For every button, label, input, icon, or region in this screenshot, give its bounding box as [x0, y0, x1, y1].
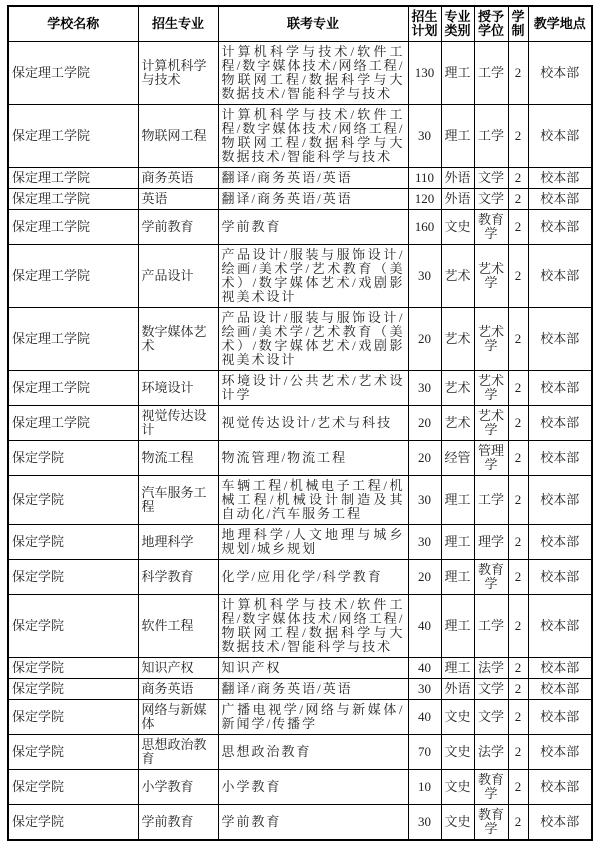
header-row: 学校名称招生专业联考专业招生计划专业类别授予学位学制教学地点 [8, 6, 592, 42]
cell-plan: 30 [408, 525, 441, 560]
document-page: 学校名称招生专业联考专业招生计划专业类别授予学位学制教学地点 保定理工学院计算机… [0, 0, 593, 846]
cell-location: 校本部 [528, 406, 592, 441]
cell-school: 保定理工学院 [8, 168, 138, 189]
cell-category: 理工 [441, 560, 474, 595]
table-row: 保定理工学院学前教育学前教育160文史教育学2校本部 [8, 210, 592, 245]
col-header-school: 学校名称 [8, 6, 138, 42]
cell-duration: 2 [508, 735, 528, 770]
cell-plan: 20 [408, 406, 441, 441]
cell-degree: 艺术学 [474, 308, 508, 371]
cell-location: 校本部 [528, 189, 592, 210]
table-body: 保定理工学院计算机科学与技术计算机科学与技术/软件工程/数字媒体技术/网络工程/… [8, 42, 592, 841]
cell-plan: 30 [408, 805, 441, 841]
cell-category: 艺术 [441, 371, 474, 406]
cell-plan: 130 [408, 42, 441, 105]
cell-duration: 2 [508, 679, 528, 700]
cell-category: 经管 [441, 441, 474, 476]
cell-degree: 文学 [474, 700, 508, 735]
cell-school: 保定学院 [8, 595, 138, 658]
cell-degree: 文学 [474, 168, 508, 189]
table-row: 保定理工学院商务英语翻译/商务英语/英语110外语文学2校本部 [8, 168, 592, 189]
cell-category: 文史 [441, 735, 474, 770]
cell-school: 保定学院 [8, 476, 138, 525]
cell-exam_majors: 翻译/商务英语/英语 [218, 679, 408, 700]
cell-major: 科学教育 [138, 560, 218, 595]
cell-major: 学前教育 [138, 210, 218, 245]
cell-exam_majors: 计算机科学与技术/软件工程/数字媒体技术/网络工程/物联网工程/数据科学与大数据… [218, 42, 408, 105]
cell-school: 保定学院 [8, 700, 138, 735]
cell-school: 保定学院 [8, 679, 138, 700]
cell-duration: 2 [508, 168, 528, 189]
cell-exam_majors: 产品设计/服装与服饰设计/绘画/美术学/艺术教育（美术）/数字媒体艺术/戏剧影视… [218, 245, 408, 308]
cell-major: 小学教育 [138, 770, 218, 805]
cell-major: 计算机科学与技术 [138, 42, 218, 105]
cell-plan: 30 [408, 679, 441, 700]
cell-plan: 20 [408, 560, 441, 595]
cell-degree: 艺术学 [474, 245, 508, 308]
cell-category: 理工 [441, 595, 474, 658]
table-row: 保定学院知识产权知识产权40理工法学2校本部 [8, 658, 592, 679]
col-header-category: 专业类别 [441, 6, 474, 42]
cell-degree: 教育学 [474, 805, 508, 841]
cell-school: 保定学院 [8, 735, 138, 770]
admissions-table: 学校名称招生专业联考专业招生计划专业类别授予学位学制教学地点 保定理工学院计算机… [7, 5, 593, 841]
cell-category: 理工 [441, 105, 474, 168]
cell-major: 环境设计 [138, 371, 218, 406]
cell-major: 网络与新媒体 [138, 700, 218, 735]
cell-location: 校本部 [528, 560, 592, 595]
table-row: 保定学院学前教育学前教育30文史教育学2校本部 [8, 805, 592, 841]
cell-duration: 2 [508, 595, 528, 658]
col-header-exam_majors: 联考专业 [218, 6, 408, 42]
cell-school: 保定理工学院 [8, 42, 138, 105]
cell-major: 地理科学 [138, 525, 218, 560]
cell-degree: 教育学 [474, 560, 508, 595]
cell-school: 保定学院 [8, 560, 138, 595]
cell-location: 校本部 [528, 805, 592, 841]
cell-duration: 2 [508, 105, 528, 168]
cell-location: 校本部 [528, 476, 592, 525]
cell-plan: 30 [408, 371, 441, 406]
cell-degree: 理学 [474, 525, 508, 560]
cell-major: 物联网工程 [138, 105, 218, 168]
cell-category: 文史 [441, 700, 474, 735]
cell-plan: 30 [408, 245, 441, 308]
cell-duration: 2 [508, 525, 528, 560]
cell-degree: 教育学 [474, 210, 508, 245]
cell-exam_majors: 翻译/商务英语/英语 [218, 168, 408, 189]
cell-plan: 40 [408, 700, 441, 735]
cell-major: 视觉传达设计 [138, 406, 218, 441]
table-row: 保定学院汽车服务工程车辆工程/机械电子工程/机械工程/机械设计制造及其自动化/汽… [8, 476, 592, 525]
cell-major: 思想政治教育 [138, 735, 218, 770]
cell-plan: 160 [408, 210, 441, 245]
cell-exam_majors: 学前教育 [218, 805, 408, 841]
cell-school: 保定学院 [8, 441, 138, 476]
cell-major: 商务英语 [138, 679, 218, 700]
cell-degree: 法学 [474, 735, 508, 770]
cell-degree: 管理学 [474, 441, 508, 476]
cell-plan: 110 [408, 168, 441, 189]
cell-category: 外语 [441, 168, 474, 189]
cell-duration: 2 [508, 658, 528, 679]
cell-school: 保定学院 [8, 770, 138, 805]
table-row: 保定理工学院物联网工程计算机科学与技术/软件工程/数字媒体技术/网络工程/物联网… [8, 105, 592, 168]
cell-school: 保定理工学院 [8, 189, 138, 210]
cell-major: 知识产权 [138, 658, 218, 679]
cell-school: 保定理工学院 [8, 210, 138, 245]
cell-location: 校本部 [528, 245, 592, 308]
table-row: 保定理工学院产品设计产品设计/服装与服饰设计/绘画/美术学/艺术教育（美术）/数… [8, 245, 592, 308]
cell-duration: 2 [508, 770, 528, 805]
cell-plan: 20 [408, 308, 441, 371]
cell-major: 学前教育 [138, 805, 218, 841]
cell-exam_majors: 翻译/商务英语/英语 [218, 189, 408, 210]
table-row: 保定学院商务英语翻译/商务英语/英语30外语文学2校本部 [8, 679, 592, 700]
cell-category: 文史 [441, 210, 474, 245]
cell-school: 保定理工学院 [8, 105, 138, 168]
cell-major: 物流工程 [138, 441, 218, 476]
cell-plan: 120 [408, 189, 441, 210]
cell-category: 艺术 [441, 245, 474, 308]
cell-school: 保定理工学院 [8, 406, 138, 441]
cell-major: 产品设计 [138, 245, 218, 308]
cell-category: 艺术 [441, 406, 474, 441]
cell-duration: 2 [508, 476, 528, 525]
table-row: 保定理工学院视觉传达设计视觉传达设计/艺术与科技20艺术艺术学2校本部 [8, 406, 592, 441]
col-header-location: 教学地点 [528, 6, 592, 42]
cell-location: 校本部 [528, 700, 592, 735]
cell-exam_majors: 广播电视学/网络与新媒体/新闻学/传播学 [218, 700, 408, 735]
cell-school: 保定理工学院 [8, 371, 138, 406]
cell-duration: 2 [508, 210, 528, 245]
cell-duration: 2 [508, 189, 528, 210]
cell-exam_majors: 车辆工程/机械电子工程/机械工程/机械设计制造及其自动化/汽车服务工程 [218, 476, 408, 525]
cell-category: 文史 [441, 805, 474, 841]
col-header-degree: 授予学位 [474, 6, 508, 42]
cell-school: 保定理工学院 [8, 308, 138, 371]
table-row: 保定学院地理科学地理科学/人文地理与城乡规划/城乡规划30理工理学2校本部 [8, 525, 592, 560]
cell-duration: 2 [508, 700, 528, 735]
cell-plan: 30 [408, 476, 441, 525]
cell-exam_majors: 地理科学/人文地理与城乡规划/城乡规划 [218, 525, 408, 560]
cell-category: 文史 [441, 770, 474, 805]
cell-category: 艺术 [441, 308, 474, 371]
cell-location: 校本部 [528, 210, 592, 245]
table-row: 保定理工学院环境设计环境设计/公共艺术/艺术设计学30艺术艺术学2校本部 [8, 371, 592, 406]
cell-major: 商务英语 [138, 168, 218, 189]
cell-major: 软件工程 [138, 595, 218, 658]
cell-location: 校本部 [528, 308, 592, 371]
cell-degree: 艺术学 [474, 371, 508, 406]
cell-degree: 工学 [474, 105, 508, 168]
cell-school: 保定理工学院 [8, 245, 138, 308]
cell-duration: 2 [508, 308, 528, 371]
cell-location: 校本部 [528, 735, 592, 770]
cell-plan: 40 [408, 658, 441, 679]
cell-exam_majors: 思想政治教育 [218, 735, 408, 770]
cell-category: 理工 [441, 525, 474, 560]
cell-major: 数字媒体艺术 [138, 308, 218, 371]
cell-plan: 70 [408, 735, 441, 770]
cell-category: 理工 [441, 476, 474, 525]
cell-category: 外语 [441, 189, 474, 210]
col-header-plan: 招生计划 [408, 6, 441, 42]
cell-exam_majors: 环境设计/公共艺术/艺术设计学 [218, 371, 408, 406]
cell-major: 英语 [138, 189, 218, 210]
cell-school: 保定学院 [8, 525, 138, 560]
cell-duration: 2 [508, 441, 528, 476]
table-row: 保定学院软件工程计算机科学与技术/软件工程/数字媒体技术/网络工程/物联网工程/… [8, 595, 592, 658]
col-header-duration: 学制 [508, 6, 528, 42]
cell-degree: 文学 [474, 679, 508, 700]
cell-location: 校本部 [528, 658, 592, 679]
cell-location: 校本部 [528, 441, 592, 476]
cell-plan: 30 [408, 105, 441, 168]
cell-plan: 40 [408, 595, 441, 658]
cell-duration: 2 [508, 371, 528, 406]
table-row: 保定学院思想政治教育思想政治教育70文史法学2校本部 [8, 735, 592, 770]
cell-category: 外语 [441, 679, 474, 700]
cell-location: 校本部 [528, 770, 592, 805]
cell-degree: 艺术学 [474, 406, 508, 441]
cell-school: 保定学院 [8, 805, 138, 841]
cell-exam_majors: 视觉传达设计/艺术与科技 [218, 406, 408, 441]
cell-exam_majors: 产品设计/服装与服饰设计/绘画/美术学/艺术教育（美术）/数字媒体艺术/戏剧影视… [218, 308, 408, 371]
cell-duration: 2 [508, 406, 528, 441]
cell-location: 校本部 [528, 42, 592, 105]
cell-school: 保定学院 [8, 658, 138, 679]
cell-location: 校本部 [528, 595, 592, 658]
table-row: 保定学院网络与新媒体广播电视学/网络与新媒体/新闻学/传播学40文史文学2校本部 [8, 700, 592, 735]
cell-degree: 文学 [474, 189, 508, 210]
table-row: 保定理工学院数字媒体艺术产品设计/服装与服饰设计/绘画/美术学/艺术教育（美术）… [8, 308, 592, 371]
cell-location: 校本部 [528, 105, 592, 168]
cell-degree: 工学 [474, 595, 508, 658]
cell-exam_majors: 学前教育 [218, 210, 408, 245]
cell-category: 理工 [441, 658, 474, 679]
cell-degree: 教育学 [474, 770, 508, 805]
table-row: 保定理工学院计算机科学与技术计算机科学与技术/软件工程/数字媒体技术/网络工程/… [8, 42, 592, 105]
cell-duration: 2 [508, 805, 528, 841]
cell-degree: 法学 [474, 658, 508, 679]
cell-exam_majors: 知识产权 [218, 658, 408, 679]
cell-duration: 2 [508, 560, 528, 595]
cell-category: 理工 [441, 42, 474, 105]
cell-exam_majors: 小学教育 [218, 770, 408, 805]
table-row: 保定学院小学教育小学教育10文史教育学2校本部 [8, 770, 592, 805]
table-row: 保定学院科学教育化学/应用化学/科学教育20理工教育学2校本部 [8, 560, 592, 595]
cell-degree: 工学 [474, 42, 508, 105]
cell-exam_majors: 计算机科学与技术/软件工程/数字媒体技术/网络工程/物联网工程/数据科学与大数据… [218, 595, 408, 658]
cell-location: 校本部 [528, 679, 592, 700]
cell-plan: 20 [408, 441, 441, 476]
cell-duration: 2 [508, 245, 528, 308]
cell-location: 校本部 [528, 525, 592, 560]
cell-major: 汽车服务工程 [138, 476, 218, 525]
cell-location: 校本部 [528, 371, 592, 406]
cell-degree: 工学 [474, 476, 508, 525]
cell-exam_majors: 物流管理/物流工程 [218, 441, 408, 476]
cell-location: 校本部 [528, 168, 592, 189]
col-header-major: 招生专业 [138, 6, 218, 42]
cell-exam_majors: 化学/应用化学/科学教育 [218, 560, 408, 595]
cell-exam_majors: 计算机科学与技术/软件工程/数字媒体技术/网络工程/物联网工程/数据科学与大数据… [218, 105, 408, 168]
table-row: 保定理工学院英语翻译/商务英语/英语120外语文学2校本部 [8, 189, 592, 210]
table-row: 保定学院物流工程物流管理/物流工程20经管管理学2校本部 [8, 441, 592, 476]
cell-duration: 2 [508, 42, 528, 105]
cell-plan: 10 [408, 770, 441, 805]
